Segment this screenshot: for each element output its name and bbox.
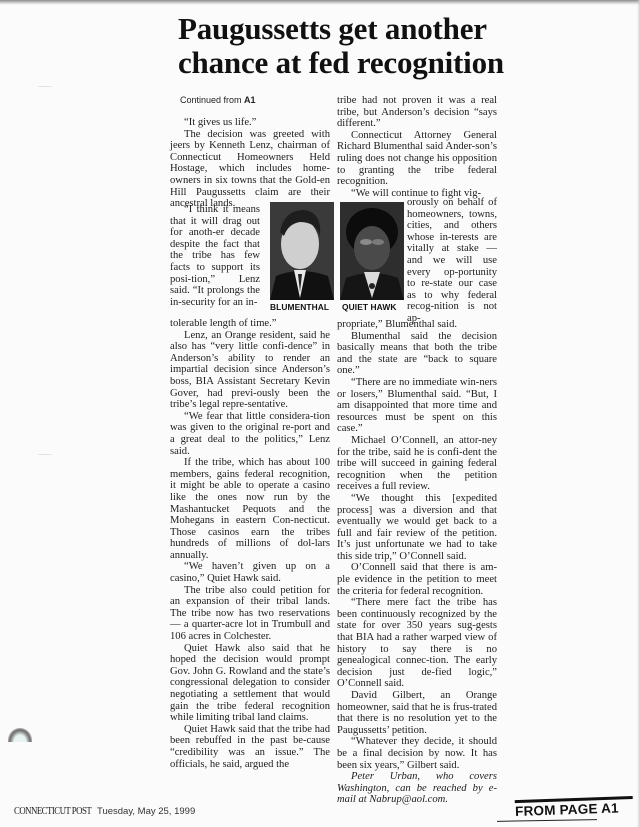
paragraph: tribe had not proven it was a real tribe… bbox=[337, 95, 497, 130]
paragraph: O’Connell said that there is am-ple evid… bbox=[337, 562, 497, 597]
column-2-bottom: propriate,” Blumenthal said. Blumenthal … bbox=[337, 319, 497, 806]
scan-top-edge bbox=[0, 0, 640, 5]
column-1-bottom: tolerable length of time.” Lenz, an Oran… bbox=[170, 318, 330, 770]
paragraph: “It gives us life.” bbox=[170, 117, 330, 129]
paragraph: Blumenthal said the decision basically m… bbox=[337, 331, 497, 377]
paragraph: “There are no immediate win-ners or lose… bbox=[337, 377, 497, 435]
photo-caption-quiet-hawk: QUIET HAWK bbox=[342, 302, 397, 312]
photo-caption-blumenthal: BLUMENTHAL bbox=[270, 302, 329, 312]
paragraph: “We thought this [expedited process] was… bbox=[337, 493, 497, 563]
paragraph: If the tribe, which has about 100 member… bbox=[170, 457, 330, 561]
column-1-wrap: “I think it means that it will drag out … bbox=[170, 204, 260, 308]
continued-text: Continued from bbox=[180, 95, 244, 105]
continued-page: A1 bbox=[244, 95, 256, 105]
photo-quiet-hawk bbox=[340, 202, 404, 300]
paragraph: “Whatever they decide, it should be a fi… bbox=[337, 736, 497, 771]
from-page-label: FROM PAGE A1 bbox=[515, 796, 634, 819]
divider bbox=[497, 819, 597, 822]
paragraph: David Gilbert, an Orange homeowner, said… bbox=[337, 690, 497, 736]
paragraph: The decision was greeted with jeers by K… bbox=[170, 129, 330, 210]
paragraph: Michael O’Connell, an attor-ney for the … bbox=[337, 435, 497, 493]
paragraph: “There mere fact the tribe has been cont… bbox=[337, 597, 497, 690]
paragraph: Quiet Hawk said that the tribe had been … bbox=[170, 724, 330, 770]
paragraph: “We fear that little considera-tion was … bbox=[170, 411, 330, 457]
paragraph: “We haven’t given up on a casino,” Quiet… bbox=[170, 561, 330, 584]
portrait-icon bbox=[340, 202, 404, 300]
column-1-top: “It gives us life.” The decision was gre… bbox=[170, 117, 330, 210]
column-2-top: tribe had not proven it was a real tribe… bbox=[337, 95, 497, 199]
paragraph: orously on behalf of homeowners, towns, … bbox=[407, 197, 497, 325]
paragraph: propriate,” Blumenthal said. bbox=[337, 319, 497, 331]
continued-from-label: Continued from A1 bbox=[180, 95, 256, 105]
paragraph: tolerable length of time.” bbox=[170, 318, 330, 330]
paragraph: The tribe also could petition for an exp… bbox=[170, 585, 330, 643]
author-byline: Peter Urban, who covers Washington, can … bbox=[337, 771, 497, 806]
newspaper-name: CONNECTICUT POST bbox=[14, 806, 91, 817]
column-2-wrap: orously on behalf of homeowners, towns, … bbox=[407, 197, 497, 325]
paragraph: Lenz, an Orange resident, said he also h… bbox=[170, 330, 330, 411]
headline: Paugussetts get another chance at fed re… bbox=[178, 12, 518, 80]
scan-mark bbox=[38, 86, 52, 87]
publication-date: Tuesday, May 25, 1999 bbox=[97, 806, 195, 817]
paragraph: Connecticut Attorney General Richard Blu… bbox=[337, 130, 497, 188]
scan-mark bbox=[38, 454, 52, 455]
paragraph: “I think it means that it will drag out … bbox=[170, 204, 260, 308]
scan-artifact bbox=[8, 728, 32, 742]
photo-blumenthal bbox=[270, 202, 334, 300]
portrait-icon bbox=[270, 202, 334, 300]
paragraph: Quiet Hawk also said that he hoped the d… bbox=[170, 643, 330, 724]
